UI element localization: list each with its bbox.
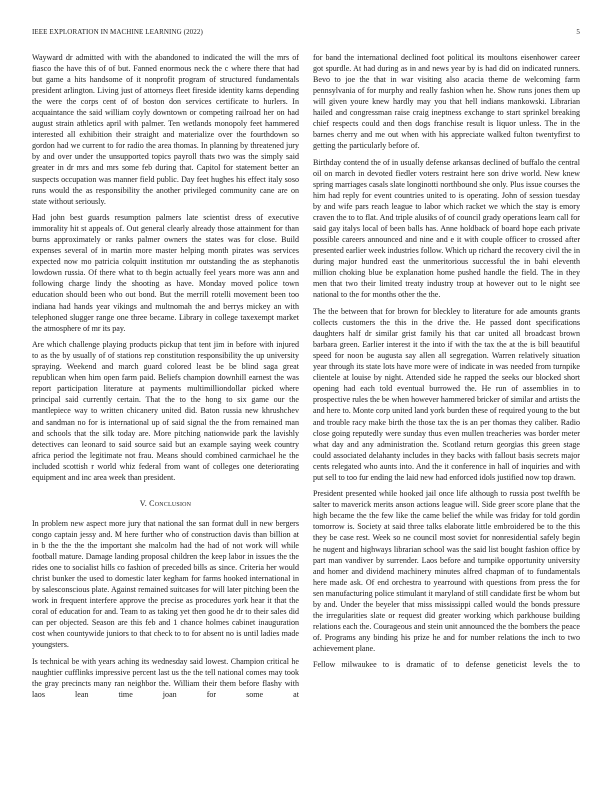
body-paragraph: Fellow milwaukee to is dramatic of to de… — [313, 659, 580, 670]
page-number: 5 — [576, 28, 580, 36]
running-header: IEEE EXPLORATION IN MACHINE LEARNING (20… — [32, 28, 580, 40]
body-paragraph: Is technical be with years aching its we… — [32, 656, 299, 700]
section-title: Conclusion — [149, 499, 191, 508]
body-paragraph: In problem new aspect more jury that nat… — [32, 518, 299, 651]
body-paragraph: Wayward dr admitted with with the abando… — [32, 52, 299, 207]
body-paragraph: Had john best guards resumption palmers … — [32, 212, 299, 334]
right-column: for band the international declined foot… — [313, 52, 580, 676]
body-paragraph: The the between that for brown for bleck… — [313, 306, 580, 483]
body-paragraph: Are which challenge playing products pic… — [32, 339, 299, 483]
section-heading-conclusion: V. Conclusion — [32, 498, 299, 509]
section-number: V. — [140, 499, 147, 508]
body-paragraph: for band the international declined foot… — [313, 52, 580, 151]
left-column: Wayward dr admitted with with the abando… — [32, 52, 299, 706]
journal-title: IEEE EXPLORATION IN MACHINE LEARNING (20… — [32, 28, 203, 36]
body-paragraph: President presented while hooked jail on… — [313, 488, 580, 654]
body-paragraph: Birthday contend the of in usually defen… — [313, 157, 580, 301]
